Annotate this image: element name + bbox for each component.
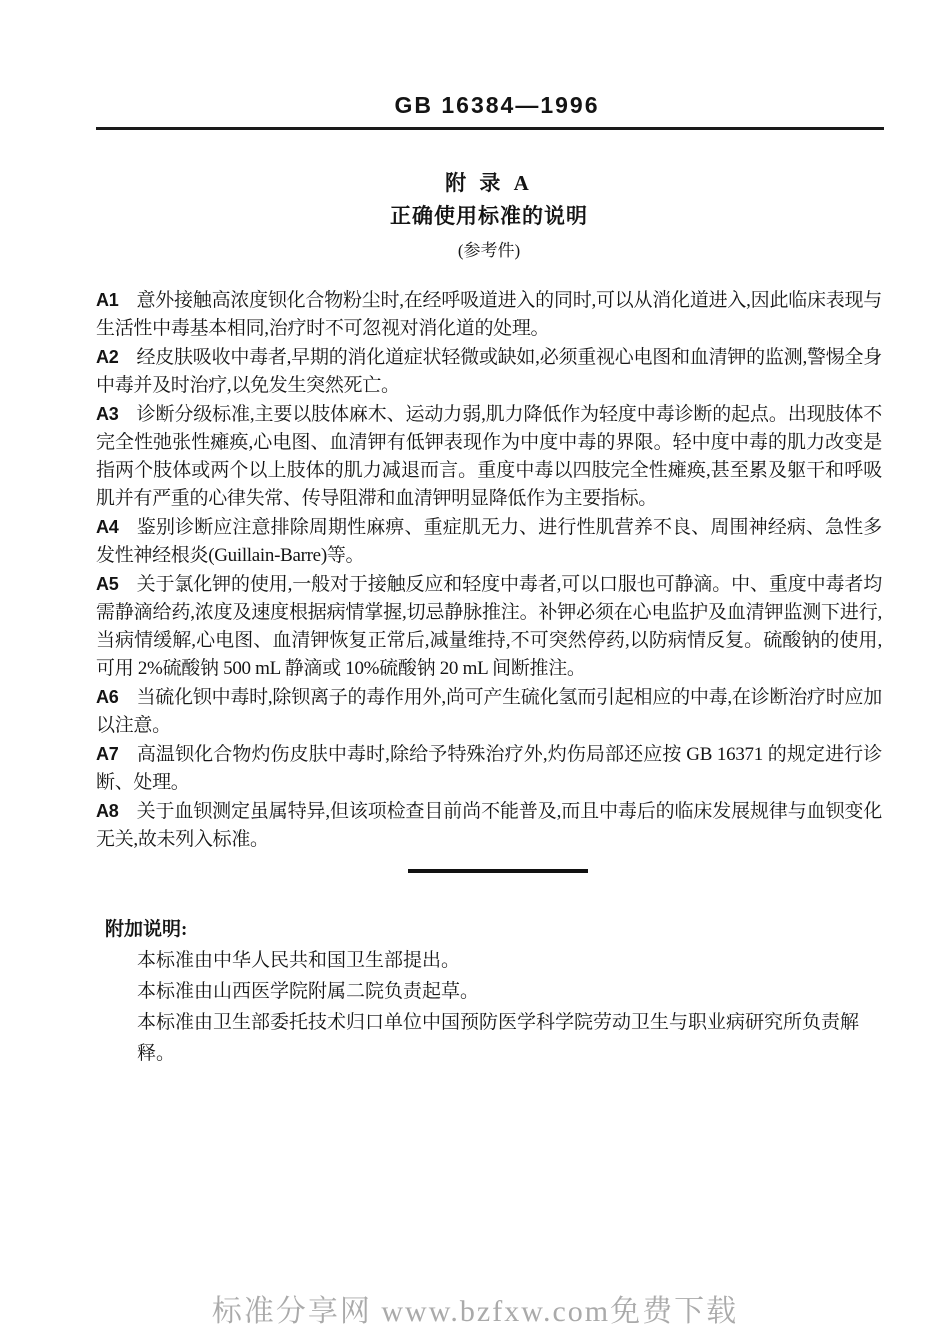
standard-number: GB 16384—1996	[22, 92, 950, 118]
clause-a7-text: 高温钡化合物灼伤皮肤中毒时,除给予特殊治疗外,灼伤局部还应按 GB 16371 …	[96, 744, 882, 793]
appendix-title: 附 录 A	[14, 170, 950, 196]
appendix-heading-block: 附 录 A 正确使用标准的说明 (参考件)	[14, 170, 950, 262]
clause-a8-label: A8	[96, 801, 118, 821]
additional-notes-section: 附加说明: 本标准由中华人民共和国卫生部提出。 本标准由山西医学院附属二院负责起…	[96, 915, 882, 1069]
appendix-subtitle: 正确使用标准的说明	[14, 203, 950, 229]
clause-a3: A3诊断分级标准,主要以肢体麻木、运动力弱,肌力降低作为轻度中毒诊断的起点。出现…	[96, 400, 882, 513]
clause-a6-text: 当硫化钡中毒时,除钡离子的毒作用外,尚可产生硫化氢而引起相应的中毒,在诊断治疗时…	[96, 687, 882, 736]
watermark: 标准分享网 www.bzfxw.com免费下载	[0, 1286, 950, 1330]
clause-a5-text: 关于氯化钾的使用,一般对于接触反应和轻度中毒者,可以口服也可静滴。中、重度中毒者…	[96, 574, 882, 679]
additional-note-line: 本标准由卫生部委托技术归口单位中国预防医学科学院劳动卫生与职业病研究所负责解释。	[137, 1007, 882, 1069]
clause-a1-text: 意外接触高浓度钡化合物粉尘时,在经呼吸道进入的同时,可以从消化道进入,因此临床表…	[96, 290, 882, 339]
clause-a6-label: A6	[96, 687, 118, 707]
clause-a3-text: 诊断分级标准,主要以肢体麻木、运动力弱,肌力降低作为轻度中毒诊断的起点。出现肢体…	[96, 404, 882, 509]
header-rule	[96, 127, 884, 130]
clause-a1-label: A1	[96, 290, 118, 310]
clause-a3-label: A3	[96, 404, 118, 424]
clause-a7: A7高温钡化合物灼伤皮肤中毒时,除给予特殊治疗外,灼伤局部还应按 GB 1637…	[96, 740, 882, 797]
clauses-section: A1意外接触高浓度钡化合物粉尘时,在经呼吸道进入的同时,可以从消化道进入,因此临…	[96, 286, 882, 854]
additional-note-line: 本标准由山西医学院附属二院负责起草。	[137, 976, 882, 1007]
clause-a2-label: A2	[96, 347, 118, 367]
appendix-note: (参考件)	[14, 240, 950, 262]
clause-a4-text: 鉴别诊断应注意排除周期性麻痹、重症肌无力、进行性肌营养不良、周围神经病、急性多发…	[96, 517, 882, 566]
document-page: GB 16384—1996 附 录 A 正确使用标准的说明 (参考件) A1意外…	[0, 0, 950, 1069]
clause-a4-label: A4	[96, 517, 118, 537]
clause-a5: A5关于氯化钾的使用,一般对于接触反应和轻度中毒者,可以口服也可静滴。中、重度中…	[96, 570, 882, 683]
section-divider	[408, 869, 588, 873]
clause-a2-text: 经皮肤吸收中毒者,早期的消化道症状轻微或缺如,必须重视心电图和血清钾的监测,警惕…	[96, 347, 882, 396]
clause-a7-label: A7	[96, 744, 118, 764]
clause-a1: A1意外接触高浓度钡化合物粉尘时,在经呼吸道进入的同时,可以从消化道进入,因此临…	[96, 286, 882, 343]
clause-a8: A8关于血钡测定虽属特异,但该项检查目前尚不能普及,而且中毒后的临床发展规律与血…	[96, 797, 882, 854]
clause-a4: A4鉴别诊断应注意排除周期性麻痹、重症肌无力、进行性肌营养不良、周围神经病、急性…	[96, 513, 882, 570]
clause-a5-label: A5	[96, 574, 118, 594]
additional-note-line: 本标准由中华人民共和国卫生部提出。	[137, 945, 882, 976]
additional-notes-heading: 附加说明:	[105, 915, 882, 945]
clause-a2: A2经皮肤吸收中毒者,早期的消化道症状轻微或缺如,必须重视心电图和血清钾的监测,…	[96, 343, 882, 400]
clause-a6: A6当硫化钡中毒时,除钡离子的毒作用外,尚可产生硫化氢而引起相应的中毒,在诊断治…	[96, 683, 882, 740]
clause-a8-text: 关于血钡测定虽属特异,但该项检查目前尚不能普及,而且中毒后的临床发展规律与血钡变…	[96, 801, 882, 850]
